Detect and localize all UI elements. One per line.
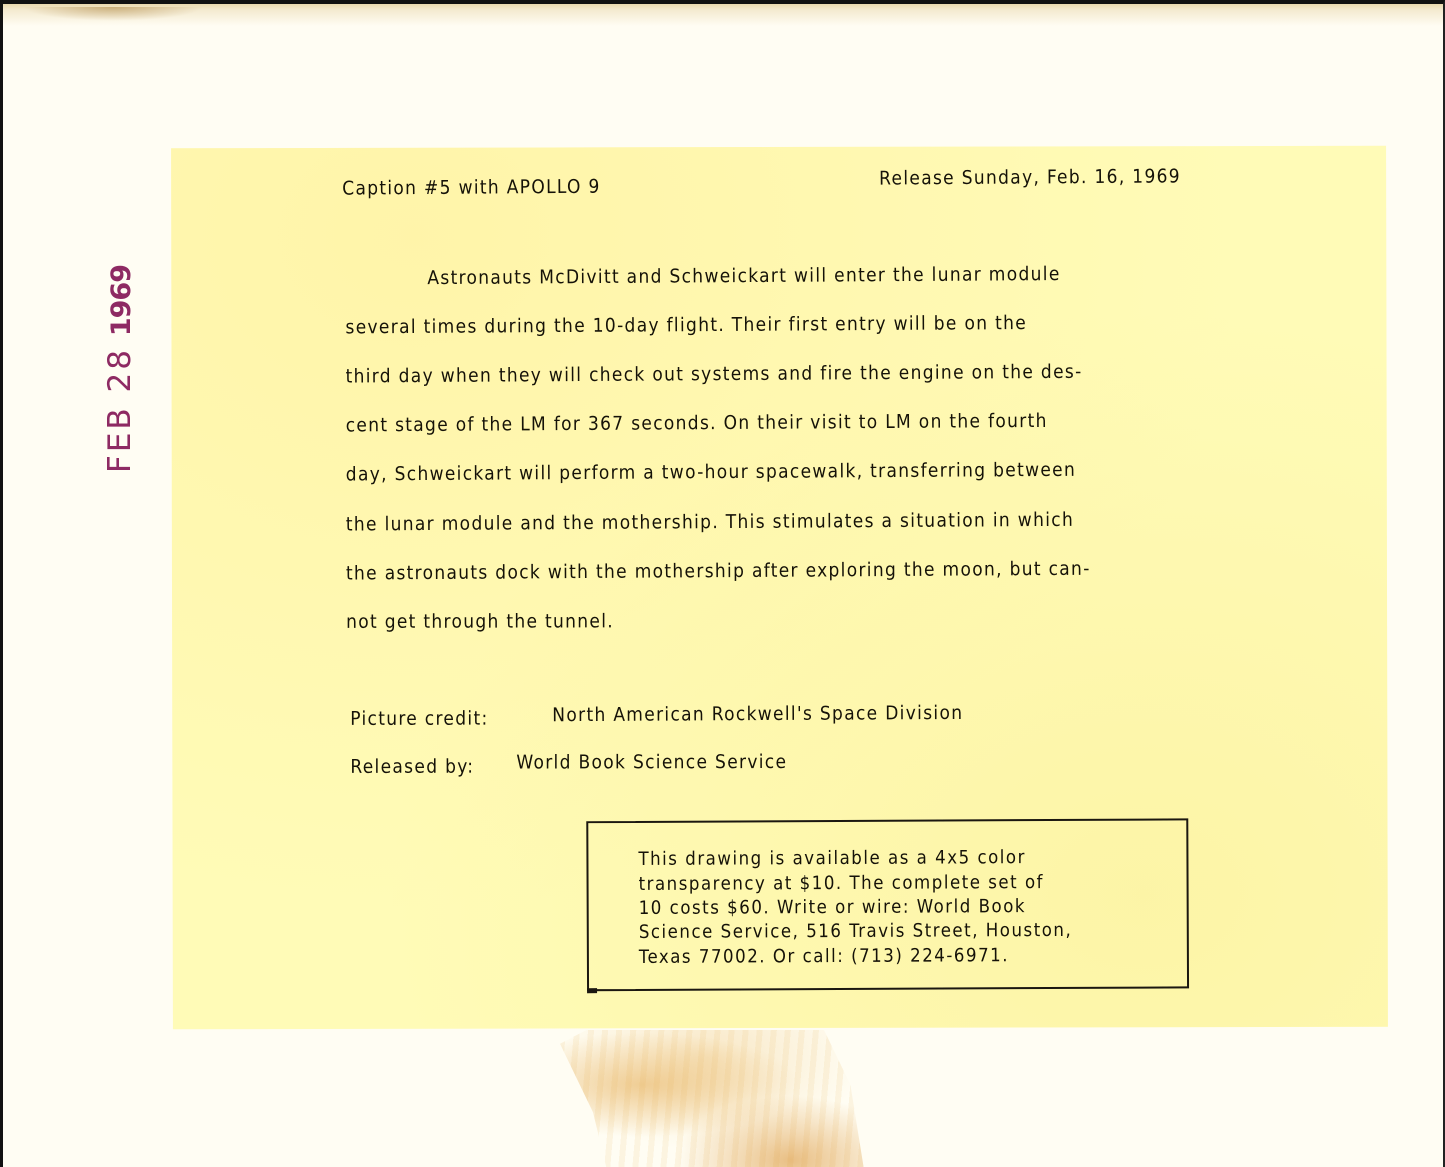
caption-sheet: Caption #5 with APOLLO 9 Release Sunday,… (171, 146, 1388, 1030)
box-corner-mark (587, 988, 597, 993)
body-line: cent stage of the LM for 367 seconds. On… (346, 412, 1048, 436)
order-info-line: transparency at $10. The complete set of (639, 874, 1045, 894)
released-by-label: Released by: (350, 758, 474, 777)
body-line: Astronauts McDivitt and Schweickart will… (427, 265, 1060, 288)
body-line: the astronauts dock with the mothership … (346, 560, 1091, 584)
order-info-line: Texas 77002. Or call: (713) 224-6971. (639, 947, 1009, 967)
body-line: third day when they will check out syste… (346, 363, 1083, 387)
received-date-stamp: FEB 28 1969 (105, 265, 136, 473)
caption-id: Caption #5 with APOLLO 9 (342, 178, 601, 199)
body-line: several times during the 10-day flight. … (345, 314, 1027, 337)
order-info-line: This drawing is available as a 4x5 color (638, 849, 1026, 869)
order-info-line: 10 costs $60. Write or wire: World Book (639, 898, 1026, 918)
picture-credit-value: North American Rockwell's Space Division (552, 704, 963, 725)
body-line: day, Schweickart will perform a two-hour… (346, 461, 1076, 485)
edge-stain (23, 7, 203, 21)
stamp-year: 1969 (106, 265, 137, 336)
body-line: the lunar module and the mothership. Thi… (346, 511, 1074, 535)
picture-credit-label: Picture credit: (350, 710, 488, 729)
order-info-box: This drawing is available as a 4x5 color… (586, 818, 1189, 991)
released-by-value: World Book Science Service (516, 753, 787, 773)
order-info-line: Science Service, 516 Travis Street, Hous… (639, 922, 1073, 943)
release-date: Release Sunday, Feb. 16, 1969 (879, 167, 1181, 188)
stamp-month-day: FEB 28 (102, 347, 138, 473)
body-line: not get through the tunnel. (346, 612, 614, 632)
